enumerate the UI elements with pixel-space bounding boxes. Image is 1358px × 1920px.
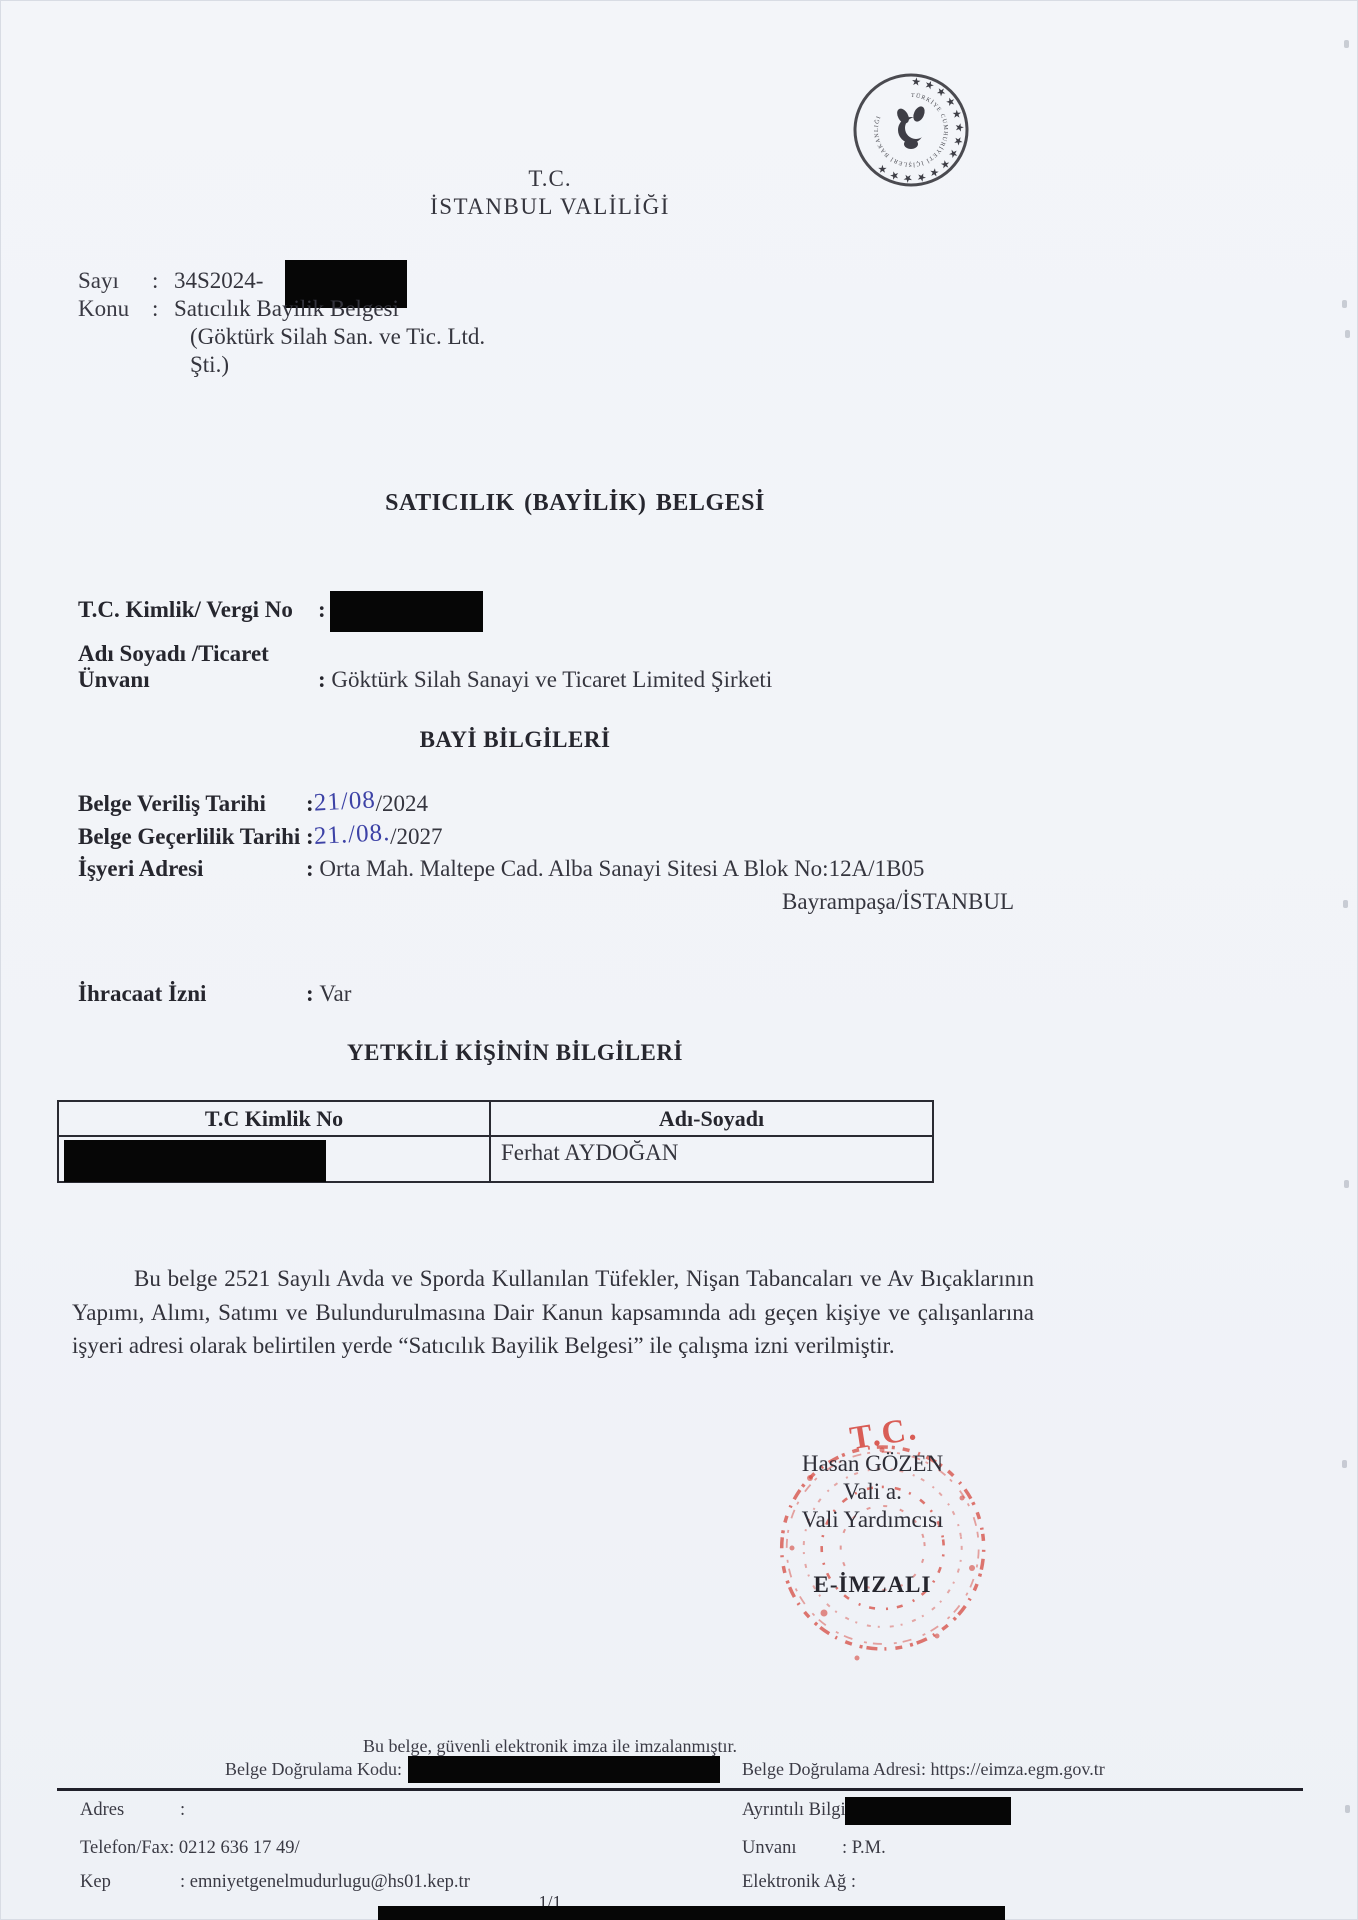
scan-artifact-bar: [378, 1906, 1005, 1920]
konu-line: Konu:Satıcılık Bayilik Belgesi: [78, 296, 485, 324]
issue-date-row: Belge Veriliş Tarihi:21/08/2024: [78, 790, 924, 823]
issue-date-year: /2024: [376, 791, 428, 816]
title-label: Unvanı: [742, 1838, 842, 1859]
tax-id-row: T.C. Kimlik/ Vergi No:: [78, 597, 772, 625]
verification-code-label: Belge Doğrulama Kodu:: [225, 1758, 402, 1780]
signer-role: Vali Yardımcısı: [745, 1506, 1000, 1534]
colon: :: [152, 268, 174, 294]
validity-date-row: Belge Geçerlilik Tarihi:21./08./2027: [78, 823, 924, 856]
scan-speck: [1342, 300, 1347, 308]
konu-continuation-2: Şti.): [78, 352, 485, 380]
konu-continuation-1: (Göktürk Silah San. ve Tic. Ltd.: [78, 324, 485, 352]
sayi-value: 34S2024-: [174, 268, 263, 293]
verification-address: Belge Doğrulama Adresi: https://eimza.eg…: [742, 1758, 1105, 1780]
workplace-address-label: İşyeri Adresi: [78, 856, 306, 882]
issue-date-label: Belge Veriliş Tarihi: [78, 791, 306, 817]
document-title: SATICILIK (BAYİLİK) BELGESİ: [0, 490, 1150, 517]
colon: :: [318, 667, 326, 692]
trade-name-row: Adı Soyadı /Ticaret Ünvanı: Göktürk Sila…: [78, 641, 772, 693]
colon: :: [306, 981, 314, 1006]
republic-abbrev: T.C.: [0, 166, 1100, 192]
trade-name-value: Göktürk Silah Sanayi ve Ticaret Limited …: [331, 667, 772, 692]
konu-label: Konu: [78, 296, 152, 322]
colon: :: [306, 856, 314, 881]
table-header-id: T.C Kimlik No: [59, 1102, 491, 1135]
signer-name: Hasan GÖZEN: [745, 1450, 1000, 1478]
sayi-label: Sayı: [78, 268, 152, 294]
table-header-name: Adı-Soyadı: [491, 1102, 932, 1135]
governorship-title: İSTANBUL VALİLİĞİ: [0, 194, 1100, 220]
export-permit-row: İhracaat İzni: Var: [78, 981, 924, 1014]
signature-block: Hasan GÖZEN Vali a. Vali Yardımcısı E-İM…: [745, 1450, 1000, 1599]
table-row: Ferhat AYDOĞAN: [59, 1137, 932, 1181]
identity-block: T.C. Kimlik/ Vergi No: Adı Soyadı /Ticar…: [78, 597, 772, 693]
address-label: Adres: [80, 1800, 180, 1821]
scan-speck: [1344, 1180, 1349, 1188]
e-signed-label: E-İMZALI: [745, 1571, 1000, 1599]
redaction-box-verification-code: [408, 1756, 720, 1783]
kep-value: : emniyetgenelmudurlugu@hs01.kep.tr: [180, 1872, 470, 1892]
tax-id-label: T.C. Kimlik/ Vergi No: [78, 597, 318, 623]
issue-date-handwritten: 21/08: [313, 786, 376, 817]
redaction-box-tax-id: [330, 591, 483, 632]
title-row: Unvanı: P.M.: [742, 1838, 886, 1859]
scan-speck: [1342, 1460, 1347, 1468]
address-row: Adres:: [80, 1800, 185, 1821]
scan-speck: [1345, 330, 1350, 338]
kep-row: Kep: emniyetgenelmudurlugu@hs01.kep.tr: [80, 1872, 470, 1893]
colon: :: [180, 1800, 185, 1820]
authorized-person-heading: YETKİLİ KİŞİNİN BİLGİLERİ: [0, 1040, 1030, 1066]
kep-label: Kep: [80, 1872, 180, 1893]
legal-paragraph: Bu belge 2521 Sayılı Avda ve Sporda Kull…: [72, 1262, 1034, 1363]
title-value: : P.M.: [842, 1838, 886, 1858]
workplace-address-line2: Bayrampaşa/İSTANBUL: [384, 889, 1014, 915]
authorized-person-table: T.C Kimlik No Adı-Soyadı Ferhat AYDOĞAN: [57, 1100, 934, 1183]
footer-divider: [57, 1788, 1303, 1791]
sayi-line: Sayı:34S2024-: [78, 268, 485, 296]
validity-date-handwritten: 21./08.: [313, 819, 391, 851]
validity-date-year: /2027: [390, 824, 442, 849]
electronic-network-row: Elektronik Ağ :: [742, 1872, 856, 1893]
trade-name-label: Adı Soyadı /Ticaret Ünvanı: [78, 641, 318, 693]
signer-acting-title: Vali a.: [745, 1478, 1000, 1506]
colon: :: [152, 296, 174, 322]
scan-speck: [1344, 40, 1349, 48]
detail-info-row: Ayrıntılı Bilgi: [742, 1800, 846, 1821]
table-cell-name: Ferhat AYDOĞAN: [491, 1137, 932, 1181]
phone-fax-row: Telefon/Fax: 0212 636 17 49/: [80, 1838, 300, 1859]
redaction-box-detail-contact: [845, 1797, 1011, 1825]
table-header-row: T.C Kimlik No Adı-Soyadı: [59, 1102, 932, 1137]
redaction-box-person-id: [64, 1140, 326, 1182]
table-cell-id: [59, 1137, 491, 1181]
workplace-address-value: Orta Mah. Maltepe Cad. Alba Sanayi Sites…: [319, 856, 924, 881]
seal-center-figure: [895, 105, 927, 149]
esignature-note: Bu belge, güvenli elektronik imza ile im…: [0, 1736, 1100, 1757]
dealer-info-block: Belge Veriliş Tarihi:21/08/2024 Belge Ge…: [78, 790, 924, 1014]
document-meta: Sayı:34S2024- Konu:Satıcılık Bayilik Bel…: [78, 268, 485, 380]
scanned-document-page: ★ ★ ★ ★ ★ ★ ★ ★ ★ ★ ★ ★ ★ ★ TÜRKİYE CUMH…: [0, 0, 1358, 1920]
scan-speck: [1343, 900, 1348, 908]
export-permit-label: İhracaat İzni: [78, 981, 306, 1007]
export-permit-value: Var: [319, 981, 351, 1006]
scan-speck: [1345, 1805, 1350, 1813]
validity-date-label: Belge Geçerlilik Tarihi: [78, 824, 306, 850]
workplace-address-row: İşyeri Adresi: Orta Mah. Maltepe Cad. Al…: [78, 856, 924, 889]
detail-info-label: Ayrıntılı Bilgi: [742, 1800, 846, 1820]
konu-value: Satıcılık Bayilik Belgesi: [174, 296, 399, 321]
colon: :: [318, 597, 326, 622]
dealer-section-heading: BAYİ BİLGİLERİ: [0, 727, 1030, 753]
